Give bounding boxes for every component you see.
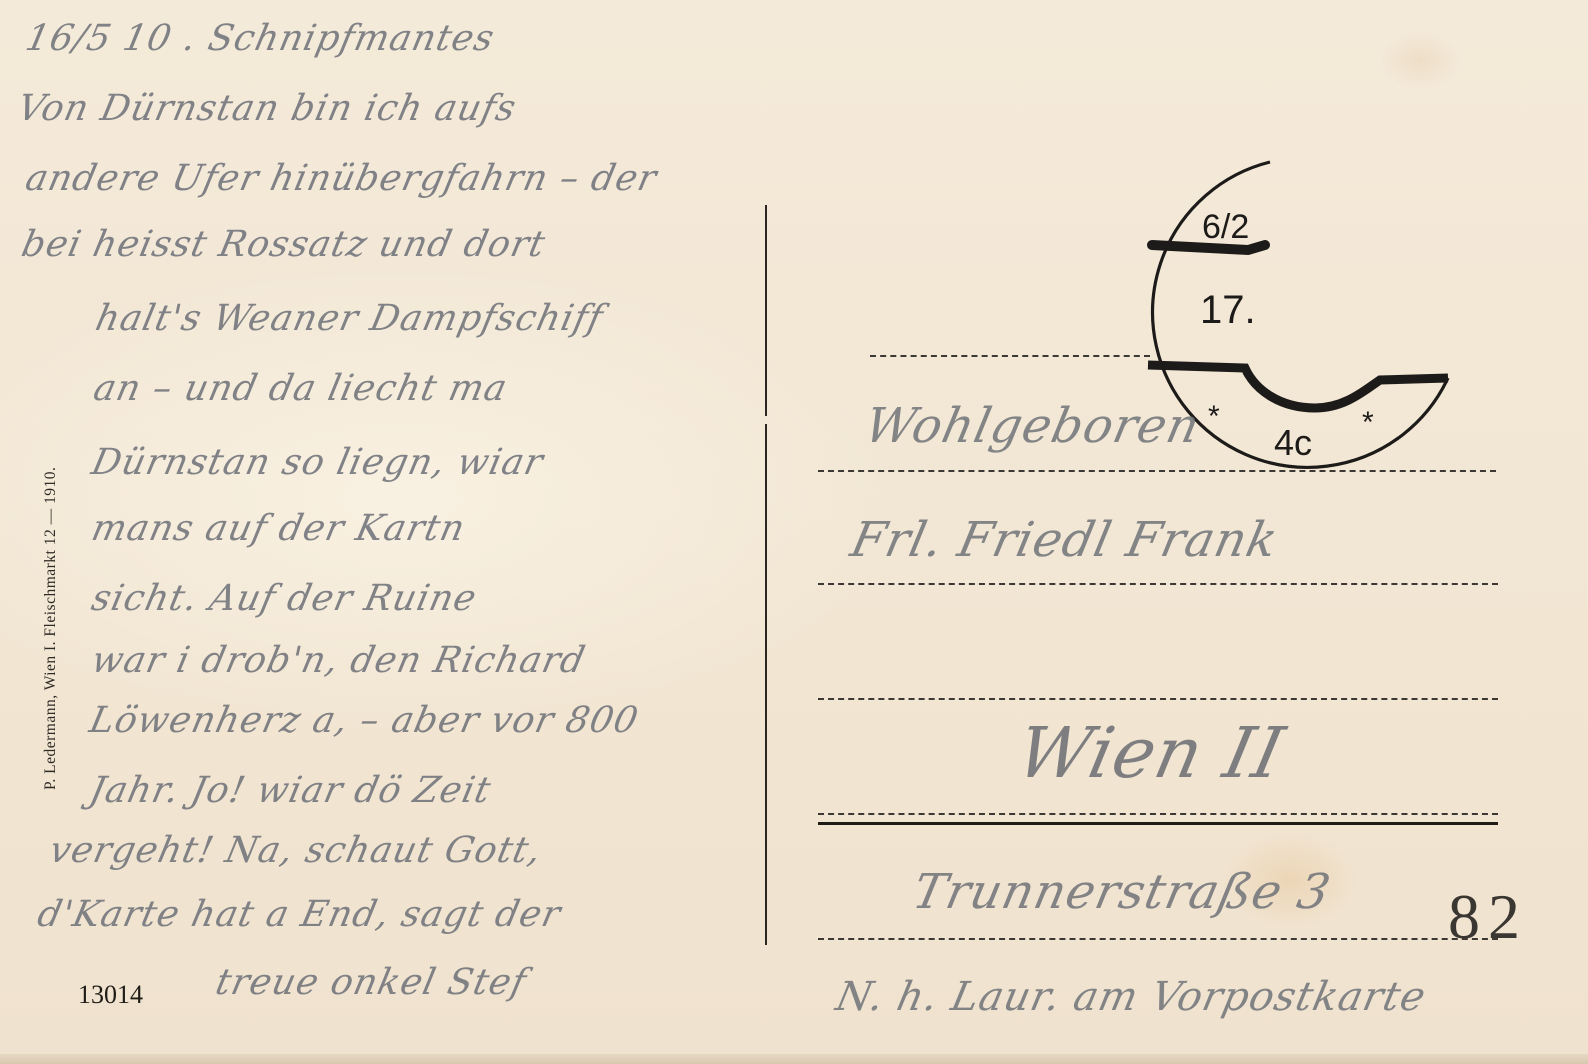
- message-line: Dürnstan so liegn, wiar: [88, 442, 547, 483]
- postmark-office-code: 4c: [1274, 422, 1312, 464]
- card-bottom-edge: [0, 1054, 1588, 1064]
- message-line: halt's Weaner Dampfschiff: [92, 298, 607, 339]
- message-line: Jahr. Jo! wiar dö Zeit: [86, 770, 495, 811]
- message-line: Von Dürnstan bin ich aufs: [14, 88, 520, 129]
- address-city: Wien II: [1010, 712, 1292, 794]
- message-line: mans auf der Kartn: [88, 508, 469, 549]
- address-street: Trunnerstraße 3: [908, 864, 1336, 920]
- message-signature: treue onkel Stef: [212, 962, 530, 1003]
- message-line: andere Ufer hinübergfahrn – der: [22, 158, 661, 199]
- address-note: N. h. Laur. am Vorpostkarte: [832, 974, 1430, 1020]
- message-line: an – und da liecht ma: [90, 368, 511, 409]
- message-line: d'Karte hat a End, sagt der: [34, 894, 565, 935]
- address-salutation: Wohlgeboren: [860, 398, 1205, 454]
- postmark-star-right: *: [1362, 406, 1374, 440]
- message-line: 16/5 10 . Schnipfmantes: [22, 18, 498, 59]
- message-line: war i drob'n, den Richard: [88, 640, 589, 681]
- center-divider: [765, 205, 767, 945]
- message-line: bei heisst Rossatz und dort: [18, 224, 549, 265]
- card-number: 13014: [78, 980, 143, 1010]
- postmark-day: 17.: [1200, 288, 1256, 333]
- postcard-back: 16/5 10 . Schnipfmantes Von Dürnstan bin…: [0, 0, 1588, 1064]
- postmark-star-left: *: [1208, 400, 1220, 434]
- city-underline: [818, 822, 1498, 825]
- address-rule: [818, 583, 1498, 585]
- address-rule: [818, 938, 1498, 940]
- address-name: Frl. Friedl Frank: [846, 512, 1283, 568]
- message-line: sicht. Auf der Ruine: [88, 578, 481, 619]
- postmark-time: 6/2: [1202, 208, 1249, 247]
- message-line: Löwenherz a, – aber vor 800: [86, 700, 642, 741]
- address-rule: [870, 355, 1150, 357]
- publisher-imprint: P. Ledermann, Wien I. Fleischmarkt 12 — …: [42, 467, 60, 790]
- number-stamp: 82: [1448, 880, 1528, 954]
- address-rule: [818, 813, 1498, 815]
- address-rule: [818, 698, 1498, 700]
- message-line: vergeht! Na, schaut Gott,: [46, 830, 546, 871]
